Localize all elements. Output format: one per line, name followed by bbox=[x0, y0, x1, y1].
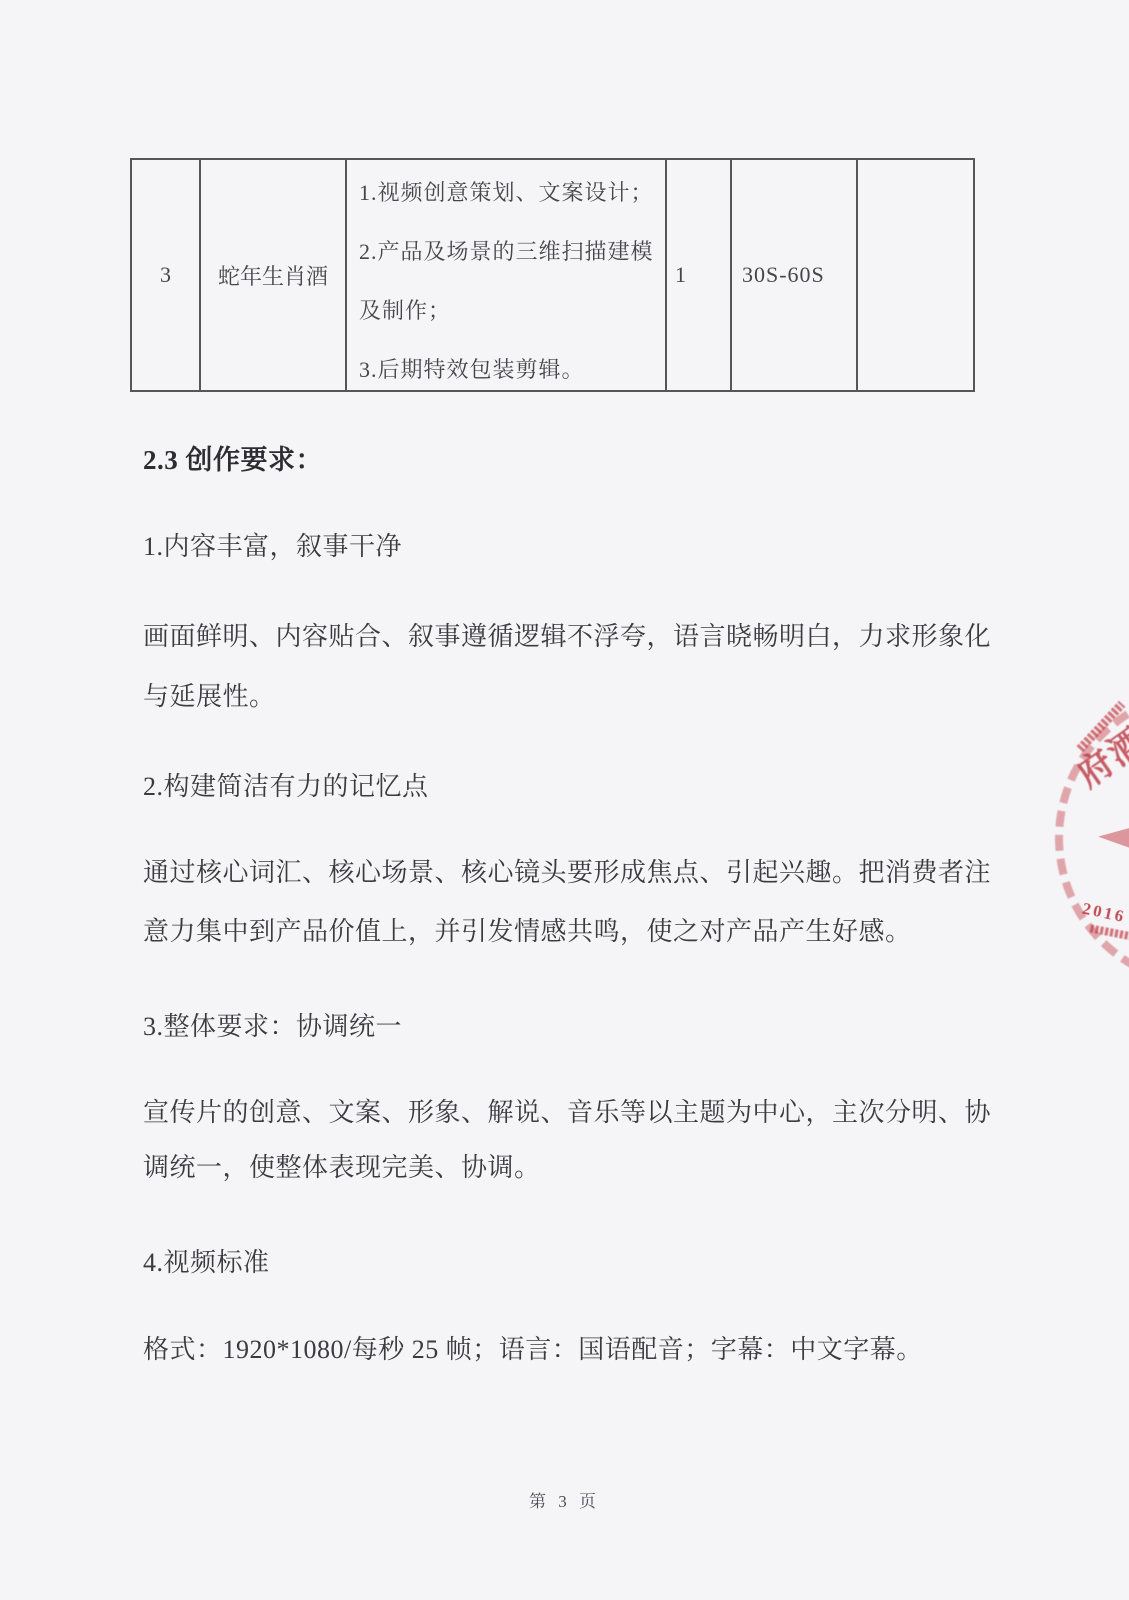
work-content-line: 及制作； bbox=[359, 281, 655, 340]
product-name: 蛇年生肖酒 bbox=[218, 260, 328, 291]
table-cell-product: 蛇年生肖酒 bbox=[201, 160, 347, 390]
para-4-line-1: 格式：1920*1080/每秒 25 帧；语言：国语配音；字幕：中文字幕。 bbox=[143, 1330, 1013, 1370]
table-cell-quantity: 1 bbox=[667, 160, 732, 390]
heading-section-2-3: 2.3 创作要求： bbox=[143, 440, 1013, 480]
subhead-item-1: 1.内容丰富，叙事干净 bbox=[143, 527, 1013, 567]
para-2-line-1: 通过核心词汇、核心场景、核心镜头要形成焦点、引起兴趣。把消费者注 bbox=[143, 853, 1013, 893]
video-items-table: 3 蛇年生肖酒 1.视频创意策划、文案设计； 2.产品及场景的三维扫描建模 及制… bbox=[130, 158, 975, 392]
table-cell-work-content: 1.视频创意策划、文案设计； 2.产品及场景的三维扫描建模 及制作； 3.后期特… bbox=[347, 160, 667, 390]
para-2-line-2: 意力集中到产品价值上，并引发情感共鸣，使之对产品产生好感。 bbox=[143, 912, 1013, 952]
subhead-item-4: 4.视频标准 bbox=[143, 1243, 1013, 1283]
table-cell-remark bbox=[858, 160, 973, 390]
para-3-line-1: 宣传片的创意、文案、形象、解说、音乐等以主题为中心，主次分明、协 bbox=[143, 1093, 1013, 1133]
quantity-value: 1 bbox=[675, 262, 686, 288]
page-number: 第 3 页 bbox=[0, 1487, 1129, 1512]
table-cell-row-no: 3 bbox=[132, 160, 201, 390]
para-3-line-2: 调统一，使整体表现完美、协调。 bbox=[143, 1148, 1013, 1188]
para-1-line-1: 画面鲜明、内容贴合、叙事遵循逻辑不浮夸，语言晓畅明白，力求形象化 bbox=[143, 617, 1013, 657]
document-page: 3 蛇年生肖酒 1.视频创意策划、文案设计； 2.产品及场景的三维扫描建模 及制… bbox=[0, 0, 1129, 1600]
subhead-item-2: 2.构建简洁有力的记忆点 bbox=[143, 767, 1013, 807]
row-number: 3 bbox=[160, 262, 171, 288]
table-cell-duration: 30S-60S bbox=[732, 160, 858, 390]
work-content-line: 2.产品及场景的三维扫描建模 bbox=[359, 222, 655, 281]
subhead-item-3: 3.整体要求：协调统一 bbox=[143, 1007, 1013, 1047]
work-content-line: 3.后期特效包装剪辑。 bbox=[359, 340, 655, 390]
work-content-line: 1.视频创意策划、文案设计； bbox=[359, 163, 655, 222]
para-1-line-2: 与延展性。 bbox=[143, 677, 1013, 717]
duration-value: 30S-60S bbox=[742, 262, 825, 288]
